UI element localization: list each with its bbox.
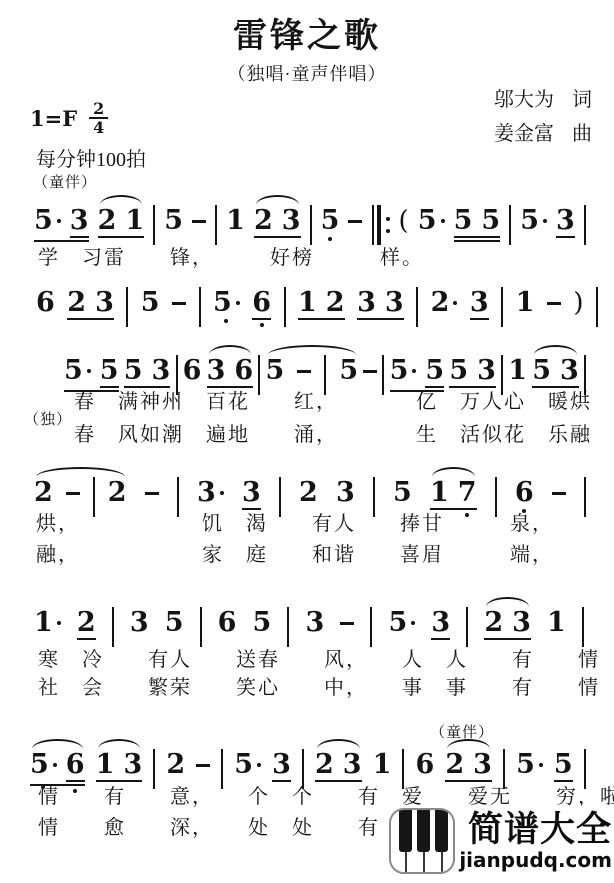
song-title: 雷锋之歌 (0, 8, 614, 57)
repeat-barline-thick (377, 205, 381, 245)
lyrics-line-4a: 烘， 饥 渴 有人 捧甘 泉， (36, 512, 554, 536)
beam-row: 23 (445, 752, 492, 778)
slur-arc (447, 739, 490, 749)
barline (279, 477, 281, 517)
note-digit: 6 (252, 290, 271, 316)
note-digit: 1 (298, 290, 317, 316)
logo-brand-name: 简谱大全 (468, 811, 612, 849)
note: 5 (165, 610, 184, 636)
duration-dash (66, 492, 80, 495)
note-body: 3 (152, 358, 171, 384)
beam-group: 23 (484, 610, 531, 640)
note: 2 (326, 290, 345, 316)
duration-dash (340, 622, 354, 625)
note: 3 (242, 480, 261, 510)
barline (501, 355, 503, 395)
note-body: 2 (77, 610, 96, 636)
beam-underline (357, 318, 404, 320)
beam-group: 17 (430, 480, 477, 510)
piano-black-key (417, 808, 430, 852)
duration-underline (77, 638, 96, 640)
augmentation-dot (87, 369, 91, 373)
note: 2 (67, 290, 86, 316)
note-digit: 2 (445, 752, 464, 778)
barline (466, 607, 468, 647)
piano-black-key (435, 808, 448, 852)
beam-group: 55 (390, 358, 445, 392)
note-body: 3 (282, 208, 301, 234)
note-digit: 2 (166, 752, 185, 778)
beam-underline (430, 508, 477, 510)
lyrics-line-4b: 融， 家 庭 和谐 喜眉 端， (36, 543, 554, 567)
note: 2 (108, 480, 127, 506)
beam-group: 36 (207, 358, 254, 388)
note-digit: 3 (343, 752, 362, 778)
note-body: 5 (321, 208, 340, 234)
note-digit: 1 (125, 208, 144, 234)
note: 5 (64, 358, 91, 384)
note-body: 2 (166, 752, 185, 778)
note-digit: 5 (393, 480, 412, 506)
note: 6 (218, 610, 237, 636)
note: 5 (141, 290, 160, 316)
note-body: 2 (326, 290, 345, 316)
note: 1 (373, 752, 392, 778)
note-body: 6 (515, 480, 534, 506)
note: 2 (445, 752, 464, 778)
augmentation-dot (53, 763, 57, 767)
duration-underline (100, 386, 119, 388)
duration-underline (431, 638, 450, 640)
note: 5 (554, 752, 573, 782)
slur-group: 23 (254, 208, 301, 238)
note: 1 (34, 610, 61, 636)
piano-keys-icon (389, 808, 455, 874)
note-digit: 5 (141, 290, 160, 316)
barline (302, 749, 304, 789)
barline (503, 749, 505, 789)
logo-domain: jianpudq.com (459, 849, 612, 871)
note-body: 5 (100, 358, 119, 384)
beam-group: 21 (98, 208, 145, 238)
note: 1 (516, 290, 535, 316)
note-digit: 2 (254, 208, 273, 234)
note-body: 1 (516, 290, 535, 316)
note-digit: 3 (556, 208, 575, 234)
watermark-logo: 简谱大全 jianpudq.com (385, 806, 612, 876)
note-digit: 3 (470, 290, 489, 316)
time-signature: 2 4 (89, 100, 108, 136)
note: 3 (560, 358, 579, 384)
note: 3 (272, 752, 291, 782)
beam-group: 23 (67, 290, 114, 320)
barline (370, 607, 372, 647)
note-body: 5 (234, 752, 261, 778)
note-digit: 5 (213, 290, 232, 316)
note-body: 6 (234, 358, 253, 384)
note-body: 2 (299, 480, 318, 506)
beam-underline (254, 236, 301, 238)
note-body: 5 (141, 290, 160, 316)
duration-underline (425, 386, 444, 388)
barline (584, 749, 586, 789)
piano-black-key (399, 808, 412, 852)
barline (221, 749, 223, 789)
note: 5 (389, 610, 416, 636)
repeat-dot (386, 229, 390, 233)
lyrics-line-5a: 寒 冷 有人 送春 风， 人 人 有 情 (38, 648, 600, 672)
repeat-dot (386, 217, 390, 221)
slur-arc (100, 195, 143, 205)
beam-row: 21 (98, 208, 145, 234)
note-body: 3 (385, 290, 404, 316)
augmentation-dot (220, 491, 224, 495)
note-body: 6 (218, 610, 237, 636)
note-digit: 3 (336, 480, 355, 506)
repeat-begin-barline (372, 205, 390, 245)
beam-underline (34, 240, 89, 242)
note-digit: 3 (305, 610, 324, 636)
augmentation-dot (57, 621, 61, 625)
note-digit: 6 (234, 358, 253, 384)
note-body: 5 (253, 610, 272, 636)
note-body: 2 (34, 480, 53, 506)
note-body: 5 (516, 752, 543, 778)
augmentation-dot (543, 219, 547, 223)
note: 5 (34, 208, 61, 234)
note: 7 (458, 480, 477, 506)
slur-group: 17 (430, 480, 477, 510)
note-digit: 3 (123, 752, 142, 778)
note-digit: 2 (98, 208, 117, 234)
note: 6 (66, 752, 85, 782)
note: 5 (516, 752, 543, 778)
note-digit: 1 (226, 208, 245, 234)
note-body: 1 (34, 610, 61, 636)
note: 6 (36, 290, 55, 316)
duration-dash (196, 764, 210, 767)
duration-dash (348, 220, 362, 223)
note: 3 (130, 610, 149, 636)
note-body: 3 (305, 610, 324, 636)
note-body: 5 (454, 208, 473, 234)
beam-underline (454, 240, 501, 242)
slur-arc (534, 345, 577, 355)
beam-underline (67, 318, 114, 320)
key-signature: 1=F 2 4 (30, 100, 108, 136)
note-digit: 3 (357, 290, 376, 316)
note-body: 1 (226, 208, 245, 234)
duration-dash (552, 492, 566, 495)
duration-dash (145, 492, 159, 495)
note-body: 6 (36, 290, 55, 316)
augmentation-dot (257, 763, 261, 767)
beam-row: 36 (207, 358, 254, 384)
note: 5 (390, 358, 417, 384)
note-body: 5 (64, 358, 91, 384)
note-body: 5 (165, 610, 184, 636)
barline (584, 355, 586, 395)
beam-row: 56 (30, 752, 85, 782)
note-digit: 3 (512, 610, 531, 636)
note-body: 1 (547, 610, 566, 636)
barline (584, 205, 586, 245)
note-digit: 2 (484, 610, 503, 636)
note-digit: 5 (321, 208, 340, 234)
meter-numerator: 2 (89, 100, 108, 119)
credits: 邬大为词 姜金富曲 (494, 83, 592, 146)
note-body: 6 (66, 752, 85, 778)
note-body: 1 (430, 480, 449, 506)
barline (112, 607, 114, 647)
music-line-1: 532151235(55553 (34, 192, 586, 245)
repeat-dots (386, 217, 390, 233)
note: 1 (125, 208, 144, 234)
note: 3 (197, 480, 224, 506)
beam-row: 33 (357, 290, 404, 316)
slur-group: 23 (315, 752, 362, 782)
note-body: 3 (431, 610, 450, 636)
note-body: 3 (95, 290, 114, 316)
barline (215, 205, 217, 245)
note-body: 5 (164, 208, 183, 234)
note: 3 (343, 752, 362, 778)
beam-group: 23 (254, 208, 301, 238)
note-body: 7 (458, 480, 477, 506)
note-digit: 2 (299, 480, 318, 506)
note-digit: 5 (449, 358, 468, 384)
note: 1 (96, 752, 115, 778)
barline (416, 287, 418, 327)
music-line-4: 2233235176 (34, 464, 586, 517)
note-body: 5 (449, 358, 468, 384)
slur-group: 21 (98, 208, 145, 238)
note: 5 (253, 610, 272, 636)
note-digit: 6 (36, 290, 55, 316)
note-digit: 3 (560, 358, 579, 384)
note-digit: 5 (454, 208, 473, 234)
note-digit: 5 (554, 752, 573, 778)
beam-group: 55 (64, 358, 119, 392)
duration-underline (66, 780, 85, 782)
note-digit: 2 (315, 752, 334, 778)
note-digit: 1 (547, 610, 566, 636)
note-digit: 5 (64, 358, 83, 384)
note-digit: 3 (477, 358, 496, 384)
beam-row: 55 (64, 358, 119, 388)
note: 2 (77, 610, 96, 640)
note-body: 5 (393, 480, 412, 506)
barline (177, 477, 179, 517)
augmentation-dot (57, 219, 61, 223)
note: 5 (124, 358, 143, 384)
lyrics-line-5b: 社 会 繁荣 笑心 中， 事 事 有 情 (38, 676, 600, 700)
beam-group: 53 (34, 208, 89, 242)
barline (501, 287, 503, 327)
barline (153, 749, 155, 789)
note-body: 1 (508, 358, 527, 384)
beam-row: 23 (254, 208, 301, 234)
note-body: 3 (470, 290, 489, 316)
note-digit: 5 (516, 752, 535, 778)
note-digit: 5 (30, 752, 49, 778)
note-body: 5 (390, 358, 417, 384)
note-body: 1 (373, 752, 392, 778)
note-body: 3 (512, 610, 531, 636)
beam-row: 55 (390, 358, 445, 388)
note-digit: 3 (130, 610, 149, 636)
composer-name: 姜金富 (494, 117, 554, 146)
note-body: 3 (207, 358, 226, 384)
note-digit: 5 (266, 358, 285, 384)
note: 3 (512, 610, 531, 636)
note-body: 3 (130, 610, 149, 636)
lyricist-role: 词 (572, 83, 592, 112)
note-digit: 5 (34, 208, 53, 234)
note-body: 2 (431, 290, 458, 316)
barline (153, 205, 155, 245)
barline (310, 205, 312, 245)
note: 6 (416, 752, 435, 778)
note-body: 3 (197, 480, 224, 506)
note-digit: 6 (416, 752, 435, 778)
note-body: 3 (477, 358, 496, 384)
note-body: 3 (473, 752, 492, 778)
note: 2 (166, 752, 185, 778)
note: 5 (520, 208, 547, 234)
duration-underline (554, 780, 573, 782)
note-body: 2 (445, 752, 464, 778)
augmentation-dot (236, 301, 240, 305)
note-body: 2 (98, 208, 117, 234)
note-body: 5 (30, 752, 57, 778)
note: 3 (70, 208, 89, 238)
note-digit: 5 (164, 208, 183, 234)
note-digit: 5 (532, 358, 551, 384)
note: 5 (100, 358, 119, 388)
note-body: 6 (183, 358, 202, 384)
barline (596, 287, 598, 327)
note-digit: 1 (430, 480, 449, 506)
slur-arc (256, 195, 299, 205)
slur-group: 53 (532, 358, 579, 388)
lyricist-name: 邬大为 (494, 83, 554, 112)
note: 1 (508, 358, 527, 384)
note: 1 (226, 208, 245, 234)
barline (126, 287, 128, 327)
note: 5 (213, 290, 240, 316)
note-digit: 3 (473, 752, 492, 778)
beam-group: 53 (532, 358, 579, 388)
note-digit: 2 (431, 290, 450, 316)
slur-group: 23 (445, 752, 492, 782)
piano-key-divider (441, 852, 443, 874)
note-digit: 5 (520, 208, 539, 234)
note-body: 1 (125, 208, 144, 234)
beam-group: 13 (96, 752, 143, 782)
note-digit: 5 (253, 610, 272, 636)
note: 2 (431, 290, 458, 316)
augmentation-dot (412, 369, 416, 373)
barline (199, 287, 201, 327)
note-body: 2 (254, 208, 273, 234)
note-body: 5 (34, 208, 61, 234)
barline (402, 749, 404, 789)
note-body: 3 (272, 752, 291, 778)
note: 5 (321, 208, 340, 234)
note-digit: 5 (234, 752, 253, 778)
note: 5 (425, 358, 444, 388)
beam-row: 17 (430, 480, 477, 506)
note: 5 (393, 480, 412, 506)
beam-group: 23 (315, 752, 362, 782)
tempo-marking: 每分钟100拍 (36, 143, 146, 172)
lyricist-credit: 邬大为词 (494, 83, 592, 112)
note-digit: 1 (373, 752, 392, 778)
note: 2 (34, 480, 53, 506)
note: 1 (430, 480, 449, 506)
note: 3 (95, 290, 114, 316)
note-digit: 6 (515, 480, 534, 506)
beam-underline (207, 386, 254, 388)
note-body: 5 (266, 358, 285, 384)
note-body: 5 (213, 290, 240, 316)
composer-role: 曲 (572, 117, 592, 146)
slur-group: 36 (207, 358, 254, 388)
note-digit: 3 (152, 358, 171, 384)
note-digit: 2 (77, 610, 96, 636)
augmentation-dot (441, 219, 445, 223)
note-digit: 5 (339, 358, 358, 384)
note-body: 3 (343, 752, 362, 778)
note-digit: 2 (67, 290, 86, 316)
beam-group: 53 (449, 358, 496, 388)
note: 1 (298, 290, 317, 316)
slur-group: 56 (30, 752, 85, 786)
note: 2 (484, 610, 503, 636)
barline (93, 477, 95, 517)
barline (373, 477, 375, 517)
beam-group: 56 (30, 752, 85, 786)
note: 5 (454, 208, 473, 234)
note-body: 3 (357, 290, 376, 316)
note-body: 2 (315, 752, 334, 778)
note-digit: 2 (326, 290, 345, 316)
note-body: 5 (532, 358, 551, 384)
beam-underline (532, 386, 579, 388)
note-body: 1 (96, 752, 115, 778)
music-line-2: 6235561233231) (36, 274, 598, 327)
note-digit: 5 (418, 208, 437, 234)
duration-underline (556, 236, 575, 238)
note: 2 (98, 208, 117, 234)
lyrics-line-3a: 春 满神州 百花 红， 亿 万人心 暖烘 (74, 390, 592, 414)
note: 6 (252, 290, 271, 320)
duration-underline (470, 318, 489, 320)
beam-row: 12 (298, 290, 345, 316)
note-body: 5 (339, 358, 358, 384)
slur-arc (432, 467, 475, 477)
note-digit: 6 (183, 358, 202, 384)
note-digit: 2 (108, 480, 127, 506)
parenthesis: ) (573, 290, 583, 316)
slur-arc (209, 345, 252, 355)
barline (200, 607, 202, 647)
piano-key-divider (405, 852, 407, 874)
beam-row: 53 (532, 358, 579, 384)
beam-underline (454, 236, 501, 238)
note-body: 2 (484, 610, 503, 636)
